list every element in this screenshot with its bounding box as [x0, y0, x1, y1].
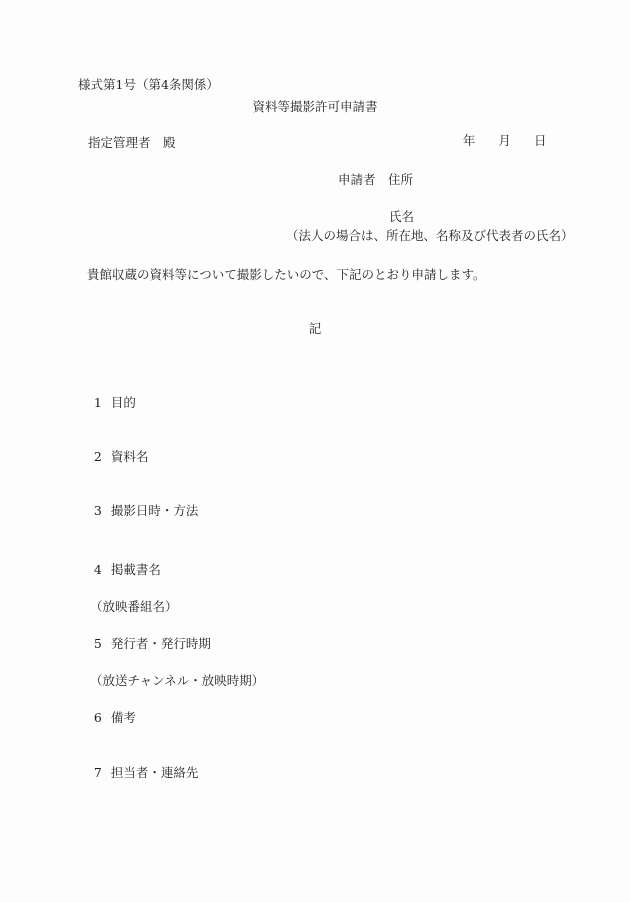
applicant-name-label: 氏名	[389, 209, 414, 224]
corporate-note: （法人の場合は、所在地、名称及び代表者の氏名）	[286, 228, 574, 243]
date-line: 年月日	[447, 118, 546, 163]
item-row: 6備考	[78, 695, 136, 740]
item-row: 2資料名	[78, 434, 148, 479]
item-label: 掲載書名	[111, 562, 161, 577]
item-number: 7	[94, 765, 111, 780]
item-label: 担当者・連絡先	[111, 765, 199, 780]
item-label: 備考	[111, 710, 136, 725]
day-label: 日	[534, 133, 547, 148]
item-number: 6	[94, 710, 111, 725]
body-text: 貴館収蔵の資料等について撮影したいので、下記のとおり申請します。	[87, 267, 486, 282]
applicant-address-label: 申請者 住所	[338, 172, 413, 187]
item-label: 発行者・発行時期	[111, 636, 211, 651]
item-row: 7担当者・連絡先	[78, 750, 198, 795]
item-label: 資料名	[111, 449, 149, 464]
item-number: 5	[94, 636, 111, 651]
item-number: 3	[94, 503, 111, 518]
item-sublabel: （放映番組名）	[90, 599, 178, 614]
item-label: 目的	[111, 395, 136, 410]
addressee: 指定管理者 殿	[88, 135, 176, 150]
item-label: 撮影日時・方法	[111, 503, 199, 518]
document-page: 様式第1号（第4条関係） 資料等撮影許可申請書 年月日 指定管理者 殿 申請者 …	[0, 0, 630, 903]
month-label: 月	[498, 133, 511, 148]
item-row: 1目的	[78, 380, 136, 425]
item-number: 4	[94, 562, 111, 577]
document-title: 資料等撮影許可申請書	[0, 99, 630, 114]
item-row: 3撮影日時・方法	[78, 488, 198, 533]
item-sublabel: （放送チャンネル・放映時期）	[90, 673, 264, 688]
form-number: 様式第1号（第4条関係）	[78, 77, 219, 92]
item-number: 2	[94, 449, 111, 464]
record-marker: 記	[0, 321, 630, 336]
item-number: 1	[94, 395, 111, 410]
year-label: 年	[463, 133, 476, 148]
